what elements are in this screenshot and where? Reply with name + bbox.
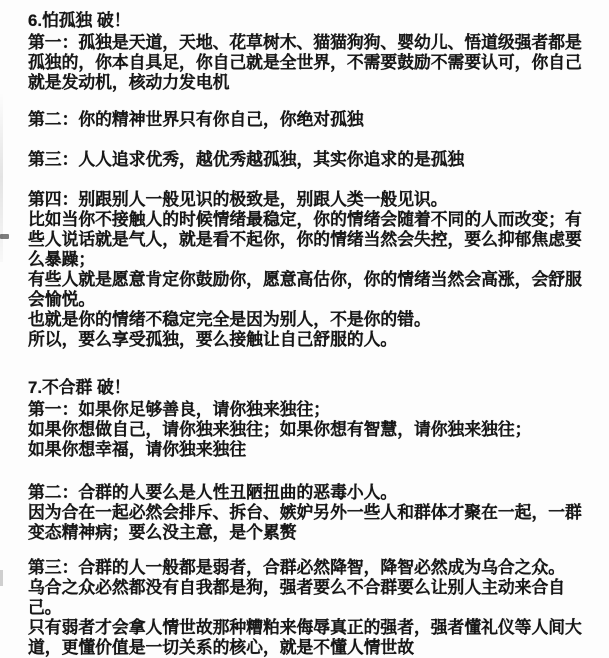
paragraph-point-2: 第二：你的精神世界只有你自己，你绝对孤独 [28,110,585,130]
paragraph-point-4: 第四：别跟别人一般见识的极致是，别跟人类一般见识。 比如当你不接触人的时候情绪最… [28,190,585,350]
scan-edge-mark [0,234,9,239]
paragraph-point-3: 第三：合群的人一般都是弱者，合群必然降智，降智必然成为乌合之众。 乌合之众必然都… [28,558,585,658]
section-heading: 7.不合群 破！ [28,378,585,398]
paragraph-point-1: 第一：孤独是天道，天地、花草树木、猫猫狗狗、婴幼儿、悟道级强者都是 孤独的，你本… [28,33,585,93]
section-not-fitting-in: 7.不合群 破！ 第一：如果你足够善良，请你独来独往； 如果你想做自己，请你独来… [28,378,585,658]
section-fear-of-loneliness: 6.怕孤独 破！ 第一：孤独是天道，天地、花草树木、猫猫狗狗、婴幼儿、悟道级强者… [28,11,585,350]
paragraph-point-2: 第二：合群的人要么是人性丑陋扭曲的恶毒小人。 因为合在一起必然会排斥、拆台、嫉妒… [28,483,585,543]
paragraph-point-3: 第三：人人追求优秀，越优秀越孤独，其实你追求的是孤独 [28,150,585,170]
section-heading: 6.怕孤独 破！ [28,11,585,31]
scanned-document-page: 6.怕孤独 破！ 第一：孤独是天道，天地、花草树木、猫猫狗狗、婴幼儿、悟道级强者… [0,0,609,658]
paragraph-point-1: 第一：如果你足够善良，请你独来独往； 如果你想做自己，请你独来独往；如果你想有智… [28,400,585,460]
scan-edge-tick [0,570,3,586]
scan-edge-shadow [0,92,3,262]
